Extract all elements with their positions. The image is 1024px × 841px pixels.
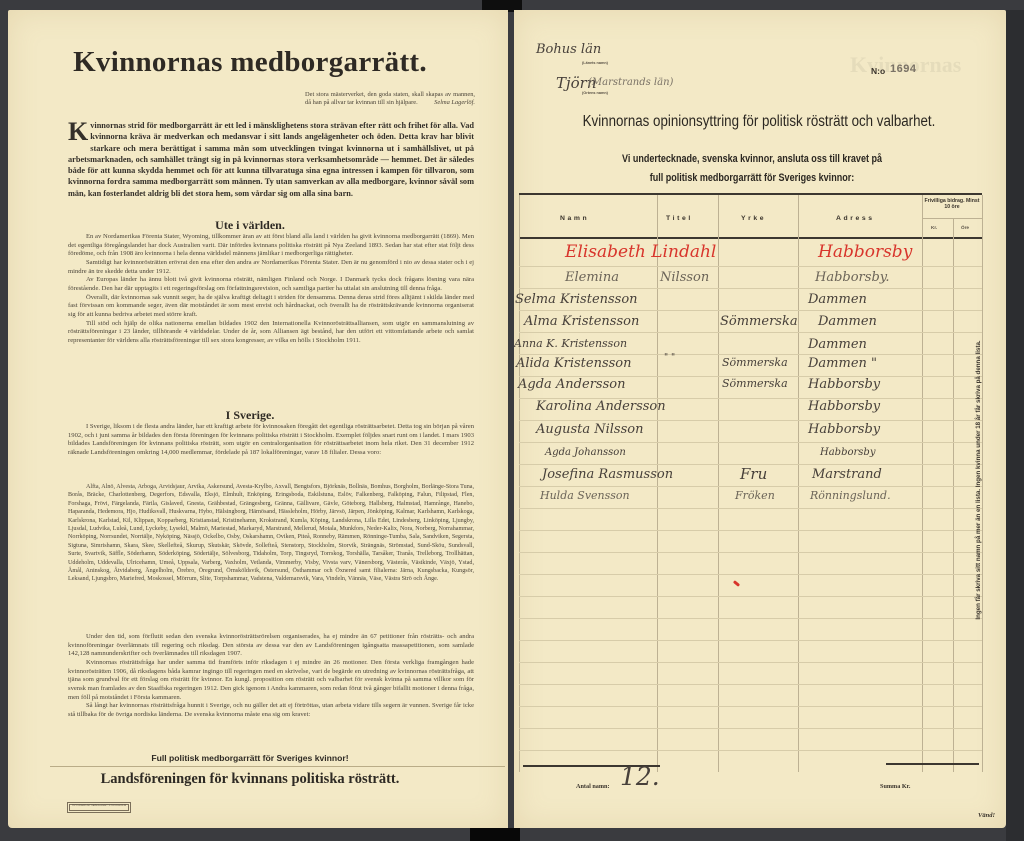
row-rule	[519, 574, 982, 575]
column-divider	[657, 195, 658, 772]
paragraph: Under den tid, som förflutit sedan den s…	[68, 633, 474, 659]
signature-address: Dammen	[808, 337, 867, 352]
signature-name: Hulda Svensson	[540, 489, 630, 502]
epigraph: Det stora mästerverket, den goda staten,…	[305, 91, 475, 108]
row-rule	[519, 354, 982, 355]
row-rule	[519, 508, 982, 509]
place-note-handwritten: (Marstrands län)	[588, 77, 673, 88]
row-rule	[519, 266, 982, 267]
column-header-kr: Kr.	[931, 225, 937, 230]
column-divider	[798, 195, 799, 772]
signature-name: Josefina Rasmusson	[542, 467, 673, 482]
row-rule	[519, 288, 982, 289]
signature-occupation: Sömmerska	[722, 356, 788, 369]
column-divider	[922, 195, 923, 772]
count-label: Antal namn:	[576, 783, 610, 790]
paragraph: I Sverige, liksom i de flesta andra länd…	[68, 423, 474, 458]
signature-address: Habborsby	[808, 377, 880, 392]
signature-name: Augusta Nilsson	[536, 422, 643, 437]
signature-address: Habborsby	[818, 242, 912, 262]
dropcap: K	[68, 121, 88, 143]
section-body-sweden-continued: Under den tid, som förflutit sedan den s…	[68, 633, 474, 720]
sum-label: Summa Kr.	[880, 783, 910, 790]
section-heading-sweden: I Sverige.	[0, 408, 500, 423]
column-header-titel: Titel	[666, 215, 693, 222]
column-header-contribution: Frivilliga bidrag. Minst 10 öre	[922, 198, 982, 211]
paragraph: Till stöd och hjälp de olika nationerna …	[68, 320, 474, 346]
table-top-rule	[519, 193, 982, 195]
form-title: Kvinnornas opinionsyttring för politisk …	[548, 113, 969, 131]
row-rule	[519, 596, 982, 597]
signature-occupation: Sömmerska	[722, 377, 788, 390]
table-header-rule	[519, 237, 982, 239]
row-rule	[519, 706, 982, 707]
section-body-world: En av Nordamerikas Förenta Stater, Wyomi…	[68, 233, 474, 346]
row-rule	[519, 420, 982, 421]
paragraph: Samtidigt har kvinnorösträtten erövrat d…	[68, 259, 474, 276]
signature-address: Habborsby	[820, 447, 875, 458]
paragraph: Kvinnornas rösträttsfråga har under samm…	[68, 659, 474, 702]
section-heading-world: Ute i världen.	[0, 218, 500, 233]
form-number: 1694	[890, 63, 916, 75]
row-rule	[519, 332, 982, 333]
section-body-sweden: I Sverige, liksom i de flesta andra länd…	[68, 423, 474, 458]
number-label: N:o	[871, 66, 885, 76]
paragraph: Av Europas länder ha ännu blott två givi…	[68, 276, 474, 293]
signature-name: Karolina Andersson	[536, 399, 666, 414]
signature-name: Selma Kristensson	[515, 292, 638, 307]
form-subtitle-line2: full politisk medborgarrätt för Sveriges…	[557, 172, 947, 184]
row-rule	[519, 442, 982, 443]
signature-occupation: Sömmerska	[720, 314, 798, 329]
column-header-adress: Adress	[836, 215, 875, 222]
paragraph: Överallt, där kvinnornas sak vunnit sege…	[68, 294, 474, 320]
signature-name: Alida Kristensson	[516, 356, 632, 371]
row-rule	[519, 310, 982, 311]
signature-title: Nilsson	[660, 270, 709, 285]
footer-title: Landsföreningen för kvinnans politiska r…	[0, 771, 500, 788]
county-handwritten: Bohus län	[536, 42, 601, 57]
row-rule	[519, 684, 982, 685]
spine-bottom	[470, 828, 520, 841]
row-rule	[519, 662, 982, 663]
divider	[50, 766, 505, 767]
page-title: Kvinnornas medborgarrätt.	[0, 46, 500, 79]
column-header-ore: Öre	[961, 225, 969, 230]
row-rule	[519, 486, 982, 487]
county-label: (Länets namn)	[582, 61, 608, 65]
turn-page-note: Vänd!	[978, 812, 995, 819]
footer-rule	[886, 763, 979, 765]
background-edge	[1006, 10, 1024, 841]
signature-name: Agda Johansson	[545, 447, 626, 458]
row-rule	[519, 618, 982, 619]
column-header-yrke: Yrke	[741, 215, 766, 222]
row-rule	[519, 640, 982, 641]
signature-address: Dammen	[818, 314, 877, 329]
printer-stamp: TRYCKERI AKTIEBOLAGET STOCKHOLM	[67, 802, 131, 813]
paragraph: Så långt har kvinnornas rösträttsfråga h…	[68, 702, 474, 719]
signature-name: Elemina	[565, 270, 619, 285]
row-rule	[519, 728, 982, 729]
signature-address: Habborsby.	[815, 270, 890, 285]
signature-name: Elisabeth Lindahl	[565, 242, 716, 262]
paragraph: En av Nordamerikas Förenta Stater, Wyomi…	[68, 233, 474, 259]
signature-name: Anna K. Kristensson	[514, 337, 627, 350]
signature-title: " "	[664, 353, 675, 363]
slogan: Full politisk medborgarrätt för Sveriges…	[0, 753, 500, 763]
signature-address: Dammen	[808, 292, 867, 307]
signature-name: Alma Kristensson	[524, 314, 639, 329]
count-value: 12.	[620, 762, 660, 791]
column-divider	[519, 195, 520, 772]
signature-address: Dammen "	[808, 356, 877, 371]
intro-paragraph: Kvinnornas strid för medborgarrätt är et…	[68, 120, 474, 199]
side-instruction: Ingen får skriva sitt namn på mer än en …	[975, 220, 985, 740]
signature-address: Marstrand	[812, 467, 882, 482]
column-divider	[953, 218, 954, 772]
signature-address: Habborsby	[808, 422, 880, 437]
form-subtitle-line1: Vi undertecknade, svenska kvinnor, anslu…	[557, 153, 947, 165]
signature-title: Fröken	[735, 489, 775, 502]
place-label: (Ortens namn)	[582, 91, 608, 95]
column-divider	[718, 195, 719, 772]
signature-address: Rönningslund.	[810, 489, 891, 502]
signature-name: Agda Andersson	[518, 377, 625, 392]
row-rule	[519, 552, 982, 553]
signature-address: Habborsby	[808, 399, 880, 414]
intro-text: vinnornas strid för medborgarrätt är ett…	[68, 121, 474, 198]
signature-title: Fru	[740, 465, 767, 483]
row-rule	[519, 530, 982, 531]
town-list: Alfta, Alnö, Alvesta, Arboga, Arvidsjaur…	[68, 483, 474, 584]
row-rule	[519, 750, 982, 751]
epigraph-author: Selma Lagerlöf.	[434, 99, 475, 107]
column-header-namn: Namn	[560, 215, 589, 222]
subheader-rule	[922, 218, 982, 219]
